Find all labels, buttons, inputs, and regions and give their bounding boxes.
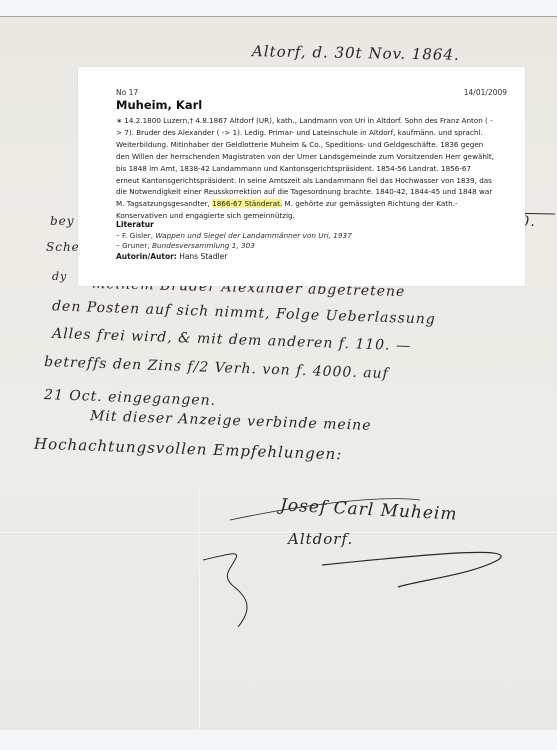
card-date: 14/01/2009 [464,88,507,97]
card-number: No 17 [116,88,138,97]
literature-item: – Gruner, Bundesversammlung 1, 303 [116,241,255,250]
literature-item: – F. Gisler, Wappen und Siegel der Landa… [116,231,352,240]
card-name: Muheim, Karl [116,98,202,112]
biography-card: No 17 14/01/2009 Muheim, Karl ∗ 14.2.180… [78,67,525,286]
card-author: Autorin/Autor: Hans Stadler [116,252,227,261]
literature-author: – F. Gisler, [116,231,155,240]
scan-bottom-border [0,730,557,750]
literature-title: Bundesversammlung 1, 303 [152,241,255,250]
literature-title: Wappen und Siegel der Landammänner von U… [155,231,352,240]
bio-text: ∗ 14.2.1800 Luzern,† 4.8.1867 Altdorf (U… [116,116,494,208]
author-name: Hans Stadler [177,252,228,261]
bio-highlight: 1866-67 Ständerat. [212,199,282,208]
author-label: Autorin/Autor: [116,252,177,261]
literature-author: – Gruner, [116,241,152,250]
card-biography: ∗ 14.2.1800 Luzern,† 4.8.1867 Altdorf (U… [116,115,496,222]
literature-heading: Literatur [116,220,154,229]
